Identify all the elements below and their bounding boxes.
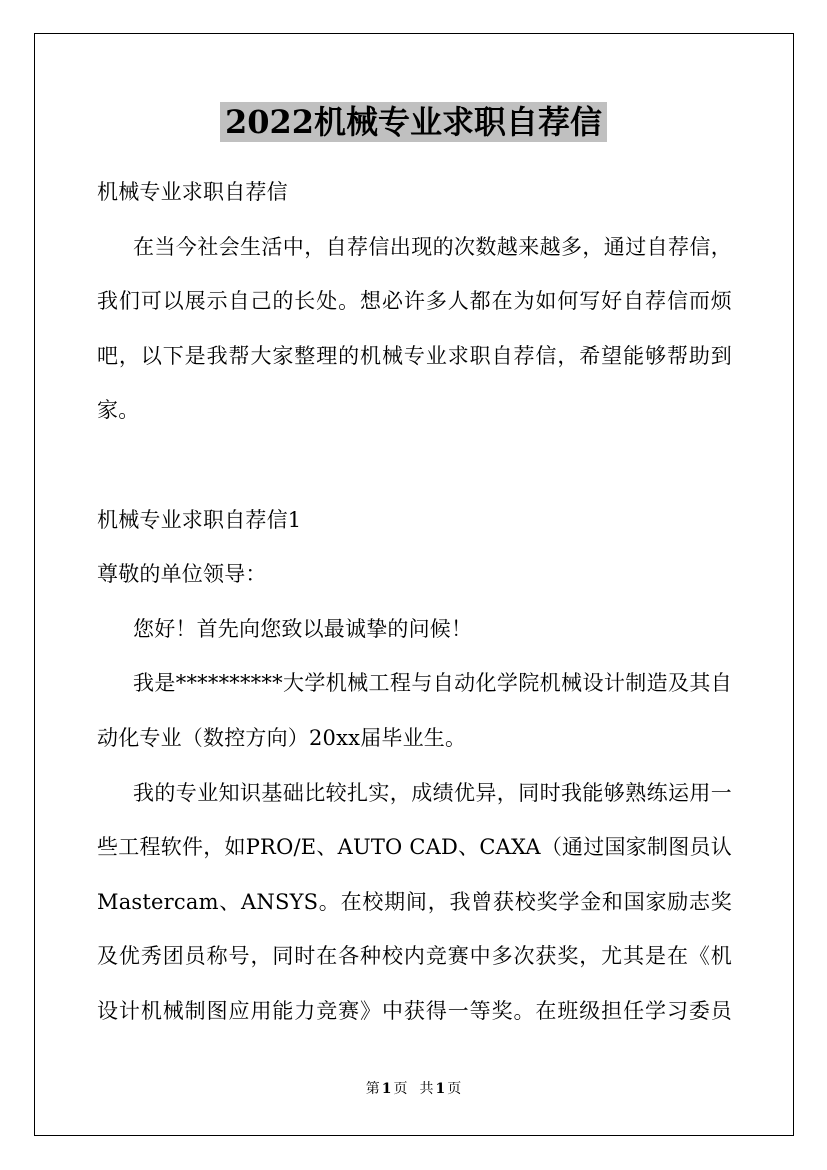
page-footer: 第1页共1页 [0, 1079, 827, 1099]
document-page: 2022机械专业求职自荐信 机械专业求职自荐信 在当今社会生活中，自荐信出现的次… [0, 0, 827, 1170]
text-line: 尊敬的单位领导： [97, 547, 732, 602]
text-line: 机械专业求职自荐信1 [97, 493, 732, 548]
document-title: 2022机械专业求职自荐信 [220, 102, 607, 142]
text-line: 在当今社会生活中，自荐信出现的次数越来越多，通过自荐信， [97, 220, 732, 275]
text-line: 设计机械制图应用能力竞赛》中获得一等奖。在班级担任学习委员一 [97, 984, 732, 1039]
text-line: 我是**********大学机械工程与自动化学院机械设计制造及其自 [97, 656, 732, 711]
text-line: 些工程软件，如PRO/E、AUTO CAD、CAXA（通过国家制图员认证）、 [97, 820, 732, 875]
text-line: 我们可以展示自己的长处。想必许多人都在为如何写好自荐信而烦恼 [97, 274, 732, 329]
total-pages-prefix: 共 [420, 1081, 434, 1097]
blank-line [97, 438, 732, 493]
page-number-prefix: 第 [366, 1081, 380, 1097]
total-pages-number: 1 [436, 1081, 446, 1097]
page-number: 1 [382, 1081, 392, 1097]
document-body: 机械专业求职自荐信 在当今社会生活中，自荐信出现的次数越来越多，通过自荐信， 我… [97, 165, 732, 1039]
title-row: 2022机械专业求职自荐信 [0, 102, 827, 142]
page-number-suffix: 页 [394, 1081, 408, 1097]
text-line: 我的专业知识基础比较扎实，成绩优异，同时我能够熟练运用一 [97, 766, 732, 821]
text-line: 家。 [97, 383, 732, 438]
text-line: 及优秀团员称号，同时在各种校内竞赛中多次获奖，尤其是在《机械 [97, 929, 732, 984]
text-line: Mastercam、ANSYS。在校期间，我曾获校奖学金和国家励志奖学金以 [97, 875, 732, 930]
total-pages-suffix: 页 [447, 1081, 461, 1097]
text-line: 吧，以下是我帮大家整理的机械专业求职自荐信，希望能够帮助到大 [97, 329, 732, 384]
text-line: 动化专业（数控方向）20xx届毕业生。 [97, 711, 732, 766]
text-line: 您好！首先向您致以最诚挚的问候！ [97, 602, 732, 657]
text-line: 机械专业求职自荐信 [97, 165, 732, 220]
